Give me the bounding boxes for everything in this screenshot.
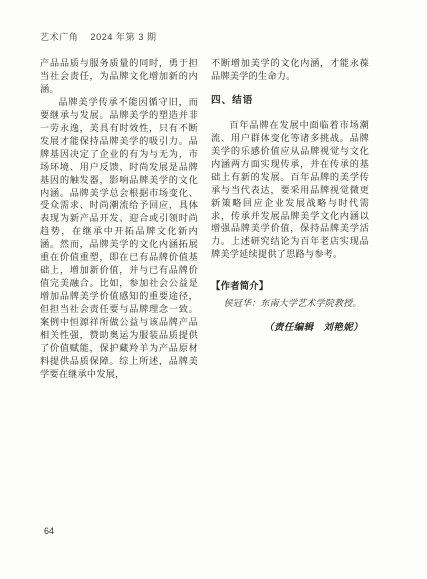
conclusion-paragraph: 百年品牌在发展中面临着市场潮流、用户群体变化等诸多挑战。品牌美学的乐感价值应从品… <box>211 119 369 261</box>
author-bio: 侯冠华：东南大学艺术学院教授。 <box>211 297 369 310</box>
paragraph: 品牌美学传承不能因循守旧，而要继承与发展。品牌美学的塑造并非一劳永逸，美具有时效… <box>40 96 198 381</box>
author-section-label: 【作者简介】 <box>211 280 369 293</box>
author-section: 【作者简介】 侯冠华：东南大学艺术学院教授。 （责任编辑 刘艳妮） <box>211 280 369 335</box>
journal-title: 艺术广角 <box>40 32 78 42</box>
paragraph-continuation: 产品品质与服务质量的同时，勇于担当社会责任，为品牌文化增加新的内涵。 <box>40 57 198 96</box>
text-columns: 产品品质与服务质量的同时，勇于担当社会责任，为品牌文化增加新的内涵。 品牌美学传… <box>40 57 370 381</box>
page-number: 64 <box>44 526 54 536</box>
issue-info: 2024 年第 3 期 <box>91 32 157 42</box>
running-head: 艺术广角 2024 年第 3 期 <box>40 30 157 43</box>
paragraph-continuation: 不断增加美学的文化内涵，才能永葆品牌美学的生命力。 <box>211 57 369 83</box>
section-heading-conclusion: 四、结语 <box>211 95 369 108</box>
journal-page: 艺术广角 2024 年第 3 期 产品品质与服务质量的同时，勇于担当社会责任，为… <box>0 0 427 579</box>
responsible-editor: （责任编辑 刘艳妮） <box>211 322 369 335</box>
right-column: 不断增加美学的文化内涵，才能永葆品牌美学的生命力。 四、结语 百年品牌在发展中面… <box>211 57 369 381</box>
left-column: 产品品质与服务质量的同时，勇于担当社会责任，为品牌文化增加新的内涵。 品牌美学传… <box>40 57 198 381</box>
